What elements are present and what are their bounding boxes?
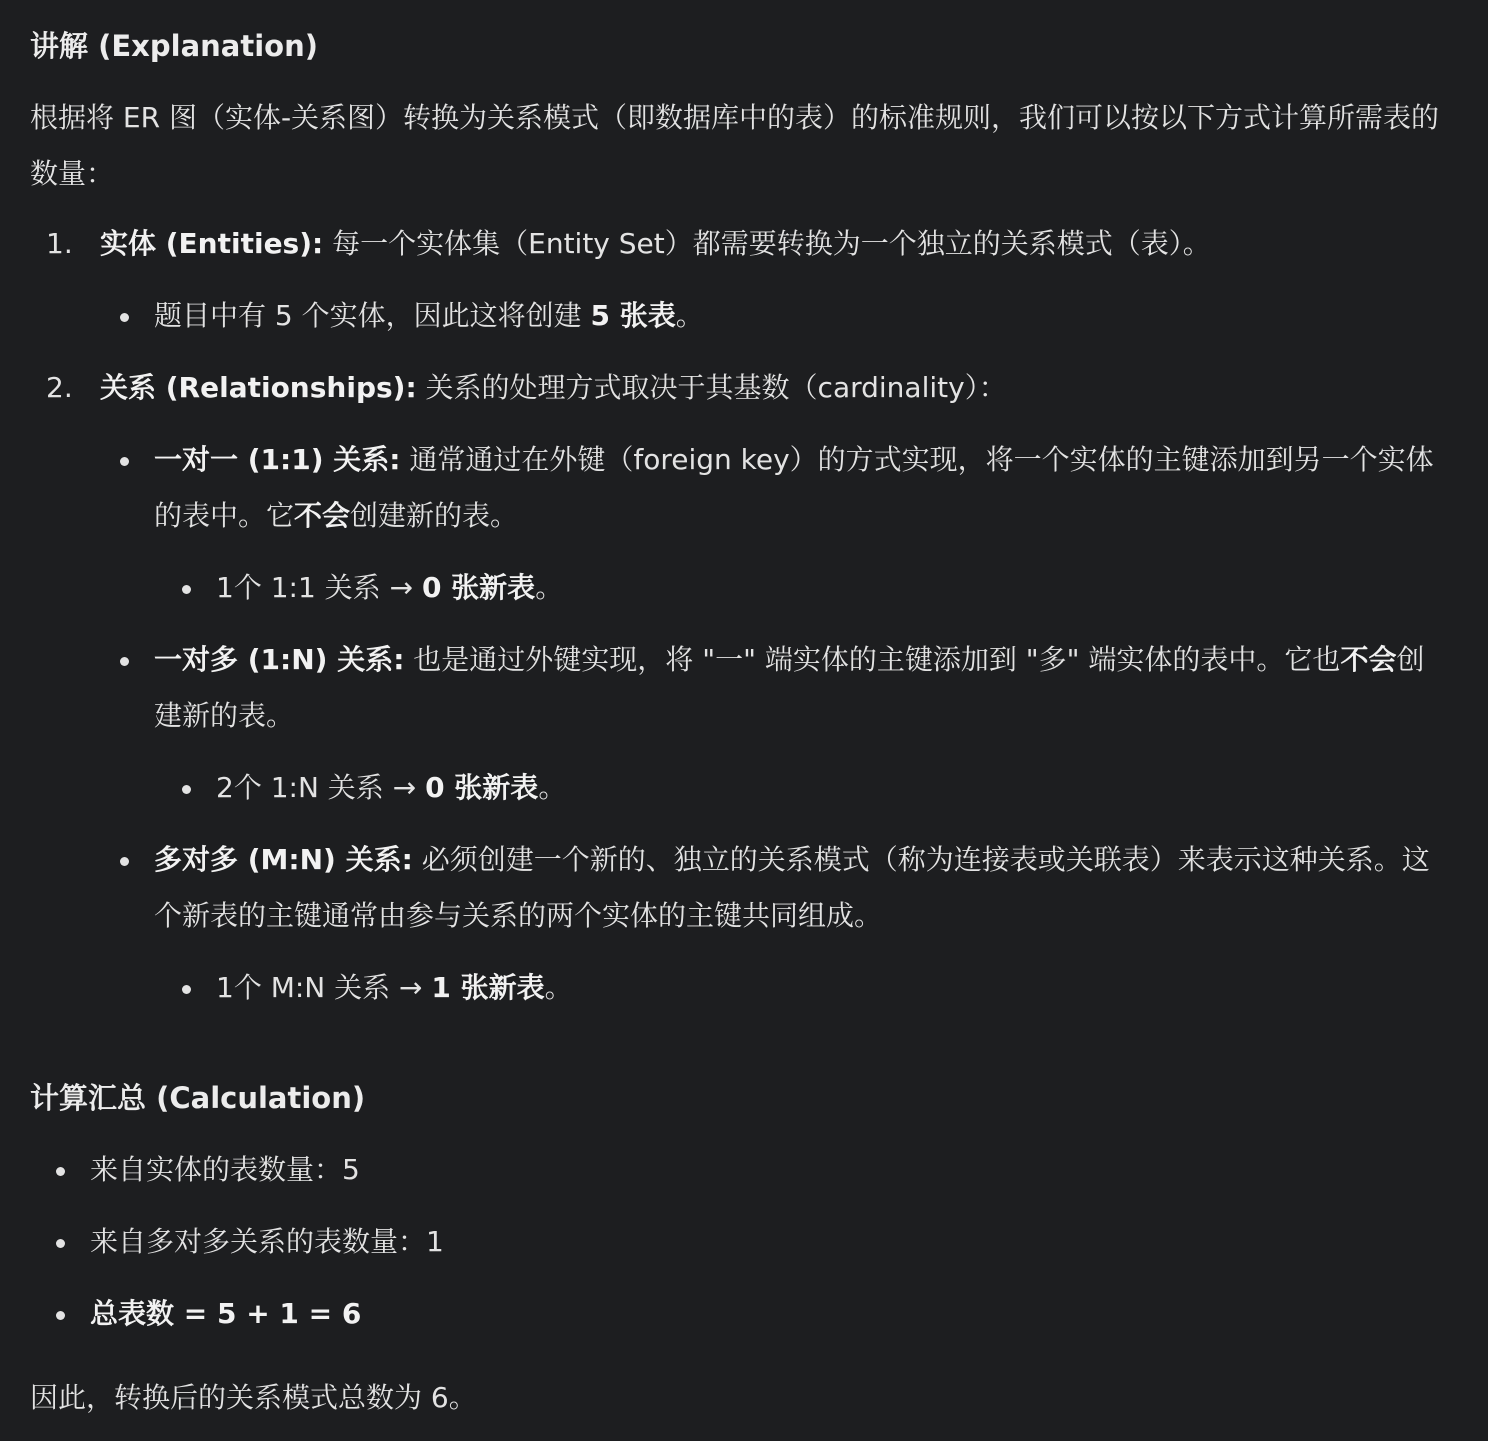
bullet-bold: 5 张表 xyxy=(591,299,676,332)
sub-text: 1个 M:N 关系 → xyxy=(216,971,431,1004)
bullet-text-end: 创建新的表。 xyxy=(350,499,518,532)
bullet-bold: 不会 xyxy=(1340,643,1396,676)
bullet-icon xyxy=(120,657,129,666)
list-item: 2个 1:N 关系 → 0 张新表。 xyxy=(154,760,1458,816)
bullet-icon xyxy=(182,585,191,594)
answer-document: 讲解 (Explanation) 根据将 ER 图（实体-关系图）转换为关系模式… xyxy=(0,0,1488,1426)
bullet-icon xyxy=(120,313,129,322)
bullet-icon xyxy=(56,1239,65,1248)
explanation-heading: 讲解 (Explanation) xyxy=(30,16,1458,76)
list-item: 1个 M:N 关系 → 1 张新表。 xyxy=(154,960,1458,1016)
one-to-many-sublist: 2个 1:N 关系 → 0 张新表。 xyxy=(154,760,1458,816)
bullet-icon xyxy=(120,857,129,866)
rule-item-relationships: 2. 关系 (Relationships): 关系的处理方式取决于其基数（car… xyxy=(30,360,1458,1016)
bullet-icon xyxy=(56,1167,65,1176)
sub-text-end: 。 xyxy=(535,571,563,604)
calc-entities-count: 来自实体的表数量：5 xyxy=(90,1153,360,1186)
list-item-one-to-one: 一对一 (1:1) 关系: 通常通过在外键（foreign key）的方式实现，… xyxy=(100,432,1458,616)
rule-title: 实体 (Entities): xyxy=(100,227,323,260)
list-item: 1个 1:1 关系 → 0 张新表。 xyxy=(154,560,1458,616)
bullet-text: 题目中有 5 个实体，因此这将创建 xyxy=(154,299,591,332)
list-item: 总表数 = 5 + 1 = 6 xyxy=(30,1286,1458,1342)
sub-text: 2个 1:N 关系 → xyxy=(216,771,425,804)
calculation-list: 来自实体的表数量：5 来自多对多关系的表数量：1 总表数 = 5 + 1 = 6 xyxy=(30,1142,1458,1342)
bullet-bold: 不会 xyxy=(294,499,350,532)
intro-paragraph: 根据将 ER 图（实体-关系图）转换为关系模式（即数据库中的表）的标准规则，我们… xyxy=(30,90,1450,202)
bullet-text-end: 。 xyxy=(676,299,704,332)
rule-item-entities: 1. 实体 (Entities): 每一个实体集（Entity Set）都需要转… xyxy=(30,216,1458,344)
list-number: 1. xyxy=(46,216,73,272)
bullet-icon xyxy=(182,785,191,794)
bullet-title: 多对多 (M:N) 关系: xyxy=(154,843,413,876)
conclusion-paragraph: 因此，转换后的关系模式总数为 6。 xyxy=(30,1370,1458,1426)
sub-text-end: 。 xyxy=(538,771,566,804)
bullet-icon xyxy=(120,457,129,466)
rule-title: 关系 (Relationships): xyxy=(100,371,417,404)
bullet-icon xyxy=(56,1311,65,1320)
sub-bold: 0 张新表 xyxy=(425,771,538,804)
sub-text-end: 。 xyxy=(545,971,573,1004)
many-to-many-sublist: 1个 M:N 关系 → 1 张新表。 xyxy=(154,960,1458,1016)
calculation-heading: 计算汇总 (Calculation) xyxy=(30,1068,1458,1128)
calc-total: 总表数 = 5 + 1 = 6 xyxy=(90,1297,361,1330)
sub-bold: 1 张新表 xyxy=(431,971,544,1004)
bullet-title: 一对多 (1:N) 关系: xyxy=(154,643,404,676)
calc-mn-count: 来自多对多关系的表数量：1 xyxy=(90,1225,444,1258)
sub-bold: 0 张新表 xyxy=(422,571,535,604)
bullet-text: 也是通过外键实现，将 "一" 端实体的主键添加到 "多" 端实体的表中。它也 xyxy=(404,643,1340,676)
relationships-sublist: 一对一 (1:1) 关系: 通常通过在外键（foreign key）的方式实现，… xyxy=(100,432,1458,1016)
rule-text: 关系的处理方式取决于其基数（cardinality）： xyxy=(417,371,1007,404)
bullet-title: 一对一 (1:1) 关系: xyxy=(154,443,400,476)
bullet-icon xyxy=(182,985,191,994)
list-number: 2. xyxy=(46,360,73,416)
list-item-many-to-many: 多对多 (M:N) 关系: 必须创建一个新的、独立的关系模式（称为连接表或关联表… xyxy=(100,832,1458,1016)
one-to-one-sublist: 1个 1:1 关系 → 0 张新表。 xyxy=(154,560,1458,616)
entities-sublist: 题目中有 5 个实体，因此这将创建 5 张表。 xyxy=(100,288,1458,344)
rule-text: 每一个实体集（Entity Set）都需要转换为一个独立的关系模式（表）。 xyxy=(323,227,1211,260)
list-item: 来自多对多关系的表数量：1 xyxy=(30,1214,1458,1270)
rules-list: 1. 实体 (Entities): 每一个实体集（Entity Set）都需要转… xyxy=(30,216,1458,1016)
list-item: 来自实体的表数量：5 xyxy=(30,1142,1458,1198)
list-item-one-to-many: 一对多 (1:N) 关系: 也是通过外键实现，将 "一" 端实体的主键添加到 "… xyxy=(100,632,1458,816)
list-item: 题目中有 5 个实体，因此这将创建 5 张表。 xyxy=(100,288,1458,344)
sub-text: 1个 1:1 关系 → xyxy=(216,571,422,604)
